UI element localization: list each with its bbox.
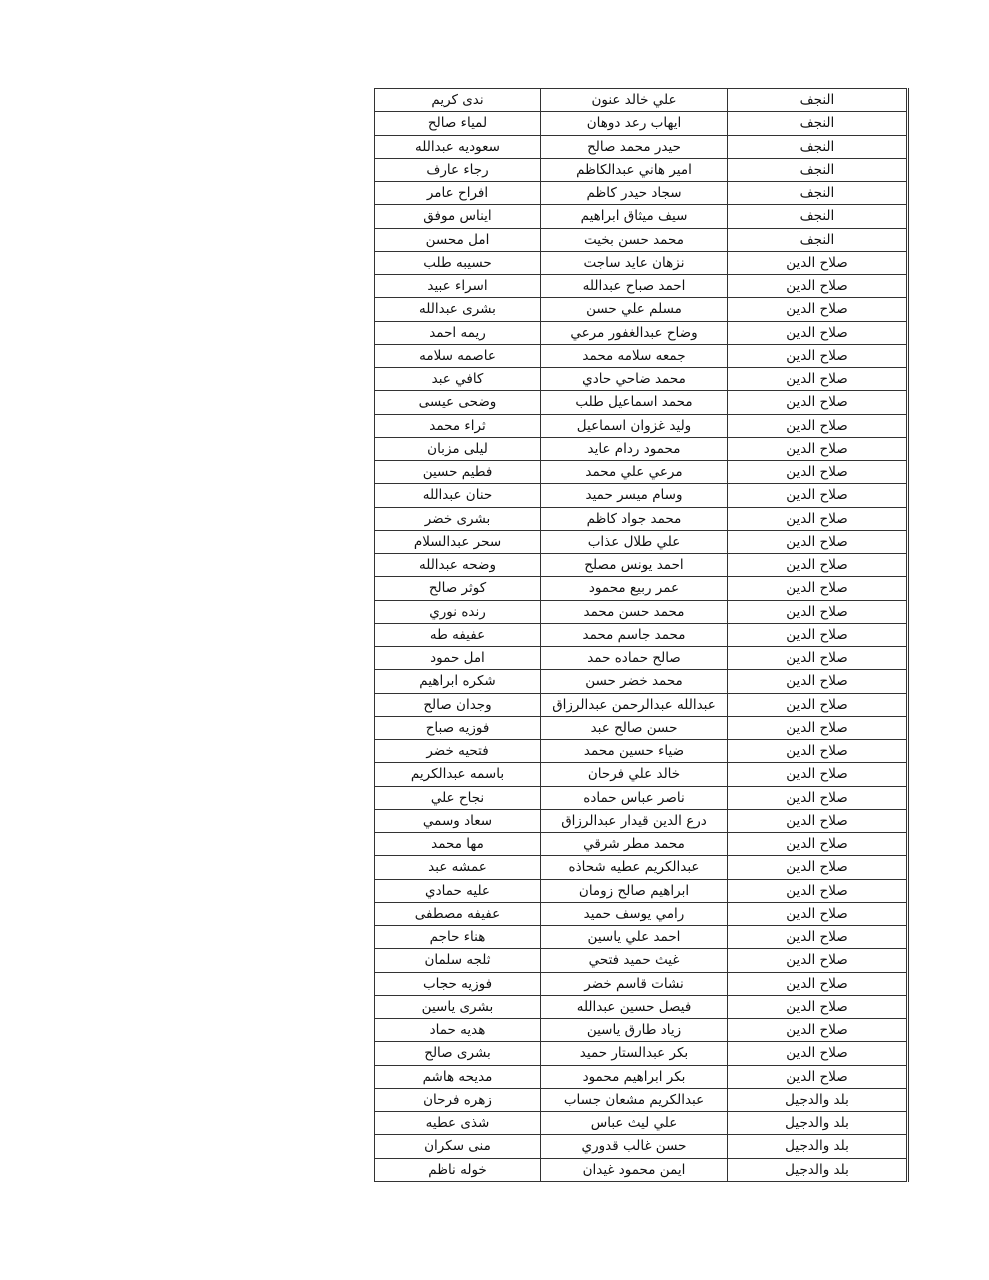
governorate-cell: صلاح الدين	[728, 600, 908, 623]
table-row: صلاح الدينخالد علي فرحانباسمه عبدالكريم	[375, 763, 908, 786]
name-2-cell: افراح عامر	[375, 182, 541, 205]
names-table-body: النجفعلي خالد عنونندى كريمالنجفايهاب رعد…	[375, 89, 908, 1182]
name-1-cell: محمد مطر شرقي	[541, 833, 728, 856]
name-2-cell: كافي عبد	[375, 368, 541, 391]
name-2-cell: حسيبه طلب	[375, 251, 541, 274]
name-2-cell: سعاد وسمي	[375, 809, 541, 832]
table-row: صلاح الدينمحمد مطر شرقيمها محمد	[375, 833, 908, 856]
name-1-cell: محمد حسن محمد	[541, 600, 728, 623]
name-1-cell: خالد علي فرحان	[541, 763, 728, 786]
name-1-cell: جمعه سلامه محمد	[541, 344, 728, 367]
name-1-cell: امير هاني عبدالكاظم	[541, 158, 728, 181]
governorate-cell: صلاح الدين	[728, 1065, 908, 1088]
name-1-cell: مسلم علي حسن	[541, 298, 728, 321]
governorate-cell: النجف	[728, 112, 908, 135]
name-2-cell: امل محسن	[375, 228, 541, 251]
governorate-cell: بلد والدجيل	[728, 1088, 908, 1111]
name-1-cell: ايمن محمود غيدان	[541, 1158, 728, 1181]
name-2-cell: شكره ابراهيم	[375, 670, 541, 693]
name-2-cell: هديه حماد	[375, 1019, 541, 1042]
table-row: صلاح الديناحمد يونس مصلحوضحه عبدالله	[375, 554, 908, 577]
governorate-cell: صلاح الدين	[728, 577, 908, 600]
governorate-cell: صلاح الدين	[728, 809, 908, 832]
table-row: النجفعلي خالد عنونندى كريم	[375, 89, 908, 112]
name-1-cell: علي ليث عباس	[541, 1112, 728, 1135]
name-2-cell: رجاء عارف	[375, 158, 541, 181]
governorate-cell: صلاح الدين	[728, 414, 908, 437]
table-row: النجفحيدر محمد صالحسعوديه عبدالله	[375, 135, 908, 158]
table-row: صلاح الدينجمعه سلامه محمدعاصمه سلامه	[375, 344, 908, 367]
name-1-cell: ناصر عباس حماده	[541, 786, 728, 809]
table-row: صلاح الدينوسام ميسر حميدحنان عبدالله	[375, 484, 908, 507]
table-row: صلاح الدينوليد غزوان اسماعيلثراء محمد	[375, 414, 908, 437]
table-row: صلاح الدينعبدالكريم عطيه شحاذهعمشه عبد	[375, 856, 908, 879]
governorate-cell: صلاح الدين	[728, 833, 908, 856]
name-2-cell: بشرى عبدالله	[375, 298, 541, 321]
name-2-cell: خوله ناظم	[375, 1158, 541, 1181]
name-2-cell: بشرى خضر	[375, 507, 541, 530]
table-row: صلاح الدينزياد طارق ياسينهديه حماد	[375, 1019, 908, 1042]
governorate-cell: صلاح الدين	[728, 740, 908, 763]
table-row: صلاح الدينابراهيم صالح زومانعليه حمادي	[375, 879, 908, 902]
table-row: صلاح الدينحسن صالح عبدفوزيه صباح	[375, 716, 908, 739]
name-1-cell: ايهاب رعد دوهان	[541, 112, 728, 135]
table-row: النجفامير هاني عبدالكاظمرجاء عارف	[375, 158, 908, 181]
name-1-cell: ضياء حسين محمد	[541, 740, 728, 763]
name-1-cell: مرعي علي محمد	[541, 461, 728, 484]
name-1-cell: نزهان عايد ساجت	[541, 251, 728, 274]
name-1-cell: احمد علي ياسين	[541, 926, 728, 949]
name-2-cell: نجاح علي	[375, 786, 541, 809]
table-row: صلاح الدينبكر ابراهيم محمودمديحه هاشم	[375, 1065, 908, 1088]
name-1-cell: محمد حسن بخيت	[541, 228, 728, 251]
governorate-cell: صلاح الدين	[728, 856, 908, 879]
name-2-cell: عفيفه طه	[375, 623, 541, 646]
name-2-cell: سعوديه عبدالله	[375, 135, 541, 158]
name-2-cell: ندى كريم	[375, 89, 541, 112]
name-2-cell: اسراء عبيد	[375, 275, 541, 298]
governorate-cell: صلاح الدين	[728, 995, 908, 1018]
names-table-container: النجفعلي خالد عنونندى كريمالنجفايهاب رعد…	[374, 88, 907, 1182]
name-1-cell: عبدالكريم مشعان جساب	[541, 1088, 728, 1111]
table-row: صلاح الدينغيث حميد فتحيثلجه سلمان	[375, 949, 908, 972]
name-1-cell: محمد جواد كاظم	[541, 507, 728, 530]
name-1-cell: عبدالكريم عطيه شحاذه	[541, 856, 728, 879]
governorate-cell: النجف	[728, 158, 908, 181]
name-2-cell: فوزيه صباح	[375, 716, 541, 739]
table-row: صلاح الدينرامي يوسف حميدعفيفه مصطفى	[375, 902, 908, 925]
name-2-cell: عاصمه سلامه	[375, 344, 541, 367]
name-2-cell: ليلى مزبان	[375, 437, 541, 460]
governorate-cell: صلاح الدين	[728, 647, 908, 670]
governorate-cell: النجف	[728, 135, 908, 158]
name-2-cell: فتحيه خضر	[375, 740, 541, 763]
name-1-cell: سجاد حيدر كاظم	[541, 182, 728, 205]
table-row: صلاح الدينمحمد اسماعيل طلبوضحى عيسى	[375, 391, 908, 414]
governorate-cell: صلاح الدين	[728, 902, 908, 925]
name-1-cell: احمد يونس مصلح	[541, 554, 728, 577]
governorate-cell: صلاح الدين	[728, 926, 908, 949]
name-1-cell: حيدر محمد صالح	[541, 135, 728, 158]
name-2-cell: وضحه عبدالله	[375, 554, 541, 577]
governorate-cell: صلاح الدين	[728, 670, 908, 693]
document-page: النجفعلي خالد عنونندى كريمالنجفايهاب رعد…	[0, 0, 989, 1280]
table-row: النجفايهاب رعد دوهانلمياء صالح	[375, 112, 908, 135]
name-2-cell: حنان عبدالله	[375, 484, 541, 507]
name-2-cell: باسمه عبدالكريم	[375, 763, 541, 786]
table-row: صلاح الدينعلي طلال عذابسحر عبدالسلام	[375, 530, 908, 553]
name-2-cell: وجدان صالح	[375, 693, 541, 716]
governorate-cell: صلاح الدين	[728, 437, 908, 460]
table-row: صلاح الدينضياء حسين محمدفتحيه خضر	[375, 740, 908, 763]
governorate-cell: النجف	[728, 182, 908, 205]
name-2-cell: ثلجه سلمان	[375, 949, 541, 972]
governorate-cell: صلاح الدين	[728, 879, 908, 902]
governorate-cell: صلاح الدين	[728, 1042, 908, 1065]
table-row: النجفسجاد حيدر كاظمافراح عامر	[375, 182, 908, 205]
table-row: صلاح الديناحمد علي ياسينهناء حاجم	[375, 926, 908, 949]
table-row: صلاح الديندرع الدين قيدار عبدالرزاقسعاد …	[375, 809, 908, 832]
table-row: صلاح الدينناصر عباس حمادهنجاح علي	[375, 786, 908, 809]
governorate-cell: بلد والدجيل	[728, 1112, 908, 1135]
governorate-cell: صلاح الدين	[728, 716, 908, 739]
name-1-cell: رامي يوسف حميد	[541, 902, 728, 925]
name-1-cell: نشات قاسم خضر	[541, 972, 728, 995]
table-row: صلاح الدينمحمد جاسم محمدعفيفه طه	[375, 623, 908, 646]
governorate-cell: صلاح الدين	[728, 298, 908, 321]
table-row: صلاح الديننشات قاسم خضرفوزيه حجاب	[375, 972, 908, 995]
table-row: صلاح الدينمحمد خضر حسنشكره ابراهيم	[375, 670, 908, 693]
name-2-cell: كوثر صالح	[375, 577, 541, 600]
names-table: النجفعلي خالد عنونندى كريمالنجفايهاب رعد…	[374, 88, 909, 1182]
name-1-cell: صالح حماده حمد	[541, 647, 728, 670]
name-1-cell: محمد جاسم محمد	[541, 623, 728, 646]
governorate-cell: صلاح الدين	[728, 391, 908, 414]
name-1-cell: وضاح عبدالغفور مرعي	[541, 321, 728, 344]
name-2-cell: عفيفه مصطفى	[375, 902, 541, 925]
table-row: صلاح الدينصالح حماده حمدامل حمود	[375, 647, 908, 670]
table-row: صلاح الديناحمد صباح عبداللهاسراء عبيد	[375, 275, 908, 298]
governorate-cell: صلاح الدين	[728, 693, 908, 716]
name-2-cell: شذى عطيه	[375, 1112, 541, 1135]
name-1-cell: محمد خضر حسن	[541, 670, 728, 693]
name-2-cell: بشرى ياسين	[375, 995, 541, 1018]
table-row: النجفمحمد حسن بخيتامل محسن	[375, 228, 908, 251]
governorate-cell: صلاح الدين	[728, 461, 908, 484]
table-row: صلاح الدينمحمود ردام عايدليلى مزبان	[375, 437, 908, 460]
name-1-cell: غيث حميد فتحي	[541, 949, 728, 972]
name-2-cell: عمشه عبد	[375, 856, 541, 879]
table-row: صلاح الدينمحمد حسن محمدرنده نوري	[375, 600, 908, 623]
table-row: صلاح الدينعمر ربيع محمودكوثر صالح	[375, 577, 908, 600]
name-1-cell: ابراهيم صالح زومان	[541, 879, 728, 902]
name-1-cell: احمد صباح عبدالله	[541, 275, 728, 298]
governorate-cell: صلاح الدين	[728, 530, 908, 553]
governorate-cell: بلد والدجيل	[728, 1135, 908, 1158]
name-2-cell: ريمه احمد	[375, 321, 541, 344]
name-2-cell: بشرى صالح	[375, 1042, 541, 1065]
name-2-cell: سحر عبدالسلام	[375, 530, 541, 553]
name-1-cell: حسن غالب قدوري	[541, 1135, 728, 1158]
name-1-cell: بكر ابراهيم محمود	[541, 1065, 728, 1088]
name-1-cell: وسام ميسر حميد	[541, 484, 728, 507]
governorate-cell: بلد والدجيل	[728, 1158, 908, 1181]
governorate-cell: صلاح الدين	[728, 972, 908, 995]
governorate-cell: النجف	[728, 205, 908, 228]
name-1-cell: عبدالله عبدالرحمن عبدالرزاق	[541, 693, 728, 716]
table-row: النجفسيف ميثاق ابراهيمايناس موفق	[375, 205, 908, 228]
table-row: بلد والدجيلحسن غالب قدوريمنى سكران	[375, 1135, 908, 1158]
governorate-cell: صلاح الدين	[728, 368, 908, 391]
name-2-cell: وضحى عيسى	[375, 391, 541, 414]
governorate-cell: صلاح الدين	[728, 344, 908, 367]
name-1-cell: علي طلال عذاب	[541, 530, 728, 553]
governorate-cell: صلاح الدين	[728, 321, 908, 344]
table-row: بلد والدجيلعلي ليث عباسشذى عطيه	[375, 1112, 908, 1135]
name-1-cell: فيصل حسين عبدالله	[541, 995, 728, 1018]
table-row: صلاح الدينمحمد ضاحي حاديكافي عبد	[375, 368, 908, 391]
governorate-cell: صلاح الدين	[728, 275, 908, 298]
name-1-cell: حسن صالح عبد	[541, 716, 728, 739]
name-2-cell: عليه حمادي	[375, 879, 541, 902]
name-2-cell: هناء حاجم	[375, 926, 541, 949]
governorate-cell: صلاح الدين	[728, 1019, 908, 1042]
governorate-cell: صلاح الدين	[728, 484, 908, 507]
name-1-cell: عمر ربيع محمود	[541, 577, 728, 600]
table-row: صلاح الدينمرعي علي محمدفطيم حسين	[375, 461, 908, 484]
name-2-cell: منى سكران	[375, 1135, 541, 1158]
name-2-cell: رنده نوري	[375, 600, 541, 623]
governorate-cell: صلاح الدين	[728, 623, 908, 646]
name-1-cell: سيف ميثاق ابراهيم	[541, 205, 728, 228]
table-row: صلاح الدينعبدالله عبدالرحمن عبدالرزاقوجد…	[375, 693, 908, 716]
governorate-cell: صلاح الدين	[728, 763, 908, 786]
table-row: صلاح الدينوضاح عبدالغفور مرعيريمه احمد	[375, 321, 908, 344]
name-2-cell: لمياء صالح	[375, 112, 541, 135]
name-2-cell: مها محمد	[375, 833, 541, 856]
table-row: صلاح الدينمسلم علي حسنبشرى عبدالله	[375, 298, 908, 321]
name-1-cell: زياد طارق ياسين	[541, 1019, 728, 1042]
name-1-cell: محمود ردام عايد	[541, 437, 728, 460]
table-row: بلد والدجيلايمن محمود غيدانخوله ناظم	[375, 1158, 908, 1181]
name-1-cell: محمد اسماعيل طلب	[541, 391, 728, 414]
governorate-cell: النجف	[728, 228, 908, 251]
governorate-cell: صلاح الدين	[728, 251, 908, 274]
name-1-cell: وليد غزوان اسماعيل	[541, 414, 728, 437]
governorate-cell: صلاح الدين	[728, 554, 908, 577]
table-row: بلد والدجيلعبدالكريم مشعان جسابزهره فرحا…	[375, 1088, 908, 1111]
name-1-cell: بكر عبدالستار حميد	[541, 1042, 728, 1065]
name-2-cell: زهره فرحان	[375, 1088, 541, 1111]
governorate-cell: النجف	[728, 89, 908, 112]
table-row: صلاح الدينفيصل حسين عبداللهبشرى ياسين	[375, 995, 908, 1018]
name-1-cell: علي خالد عنون	[541, 89, 728, 112]
name-2-cell: امل حمود	[375, 647, 541, 670]
table-row: صلاح الدينمحمد جواد كاظمبشرى خضر	[375, 507, 908, 530]
name-2-cell: فوزيه حجاب	[375, 972, 541, 995]
name-1-cell: درع الدين قيدار عبدالرزاق	[541, 809, 728, 832]
name-2-cell: ثراء محمد	[375, 414, 541, 437]
name-2-cell: مديحه هاشم	[375, 1065, 541, 1088]
table-row: صلاح الديننزهان عايد ساجتحسيبه طلب	[375, 251, 908, 274]
name-2-cell: فطيم حسين	[375, 461, 541, 484]
table-row: صلاح الدينبكر عبدالستار حميدبشرى صالح	[375, 1042, 908, 1065]
governorate-cell: صلاح الدين	[728, 949, 908, 972]
governorate-cell: صلاح الدين	[728, 507, 908, 530]
governorate-cell: صلاح الدين	[728, 786, 908, 809]
name-1-cell: محمد ضاحي حادي	[541, 368, 728, 391]
name-2-cell: ايناس موفق	[375, 205, 541, 228]
